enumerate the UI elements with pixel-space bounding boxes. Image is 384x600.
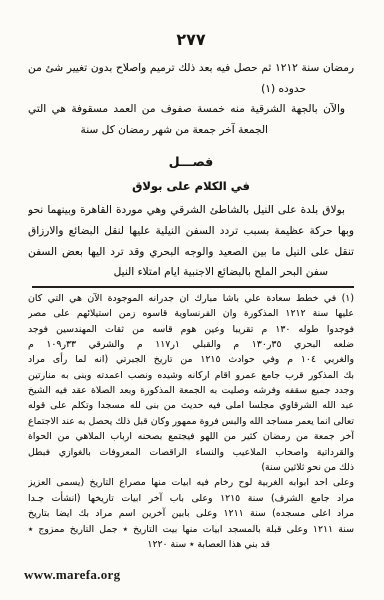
body-line: وبها حركة عظيمة بسبب تردد السفن النيلية … (28, 221, 354, 242)
footnote-block: (١) في خطط سعادة علي باشا مبارك ان جدران… (28, 291, 354, 553)
body-line: الجمعة آخر جمعة من شهر رمضان كل سنة (28, 120, 354, 141)
footnote-line: وعلى احد ابوابه الغربية لوح رخام فيه ابي… (28, 475, 354, 490)
body-line: والآن بالجهة الشرقية منه خمسة صفوف من ال… (28, 99, 354, 120)
body-line: بولاق بلدة على النيل بالشاطئ الشرقي وهي … (28, 200, 354, 221)
footnote-line: بك المذكور قرب جامع عمرو اقام اركانه وشي… (28, 368, 354, 383)
body-line: حدوده (١) (28, 79, 354, 100)
watermark-url: www.marefa.org (24, 567, 120, 583)
footnote-line: عليها سنة ١٢١٢ المذكورة وان الفرنساوية ق… (28, 306, 354, 321)
footnote-line: سنة ١٢١١ وعلى قبلة بالمسجد ابيات منها بي… (28, 522, 354, 537)
footnote-line: والغربي ١٠٤ م وفي حوادث ١٢١٥ من تاريخ ال… (28, 352, 354, 367)
bulaq-paragraph: بولاق بلدة على النيل بالشاطئ الشرقي وهي … (28, 200, 354, 282)
footnote-line: آخر جمعة من رمضان كثير من اللهو فيجتمع ب… (28, 429, 354, 444)
footnote-line: (١) في خطط سعادة علي باشا مبارك ان جدران… (28, 291, 354, 306)
footnote-line: وجدد جميع سقفه وفرشه وصليت به الجمعة الم… (28, 383, 354, 398)
footnote-line: ضلعه البحري ٣٥ر١٣٠ م والقبلي ١ر١١٧ م وال… (28, 337, 354, 352)
footnote-line: قد بني هذا العصابة ٭ سنة ١٢٢٠ (28, 537, 354, 552)
scanned-book-page: ٢٧٧ رمضان سنة ١٢١٢ ثم حصل فيه بعد ذلك تر… (0, 0, 384, 600)
body-line: رمضان سنة ١٢١٢ ثم حصل فيه بعد ذلك ترميم … (28, 58, 354, 79)
footnote-line: عبد الله الشرقاوي مجلسا املى فيه حديث من… (28, 398, 354, 413)
page-content: ٢٧٧ رمضان سنة ١٢١٢ ثم حصل فيه بعد ذلك تر… (28, 0, 354, 552)
main-text: رمضان سنة ١٢١٢ ثم حصل فيه بعد ذلك ترميم … (28, 58, 354, 140)
page-number: ٢٧٧ (28, 30, 354, 50)
section-subheading: في الكلام على بولاق (28, 178, 354, 194)
footnote-line: والقرداتية واصحاب الملاعيب والنساء الراق… (28, 445, 354, 460)
body-line: سفن البحر الملح بالبضائع الاجنبية ايام ا… (28, 262, 354, 283)
footnote-line: مراد اعلى مسجده) سنة ١٢١١ وعلى بابين آخر… (28, 506, 354, 521)
footnote-line: ذلك من نحو ثلاثين سنة) (28, 460, 354, 475)
footnote-line: تعالى انما يعمر مساجد الله والبس فروة مم… (28, 414, 354, 429)
section-heading: فصـــل (28, 153, 354, 171)
footnote-line: فوجدوا طوله ١٣٠ م تقريبا وعين هوم قاسه م… (28, 322, 354, 337)
footnote-separator (32, 286, 354, 288)
body-line: تنقل على النيل ما بين الصعيد والوجه البح… (28, 242, 354, 263)
footnote-line: مراد جامع الشرف) سنة ١٢١٥ وعلى باب آخر ا… (28, 491, 354, 506)
